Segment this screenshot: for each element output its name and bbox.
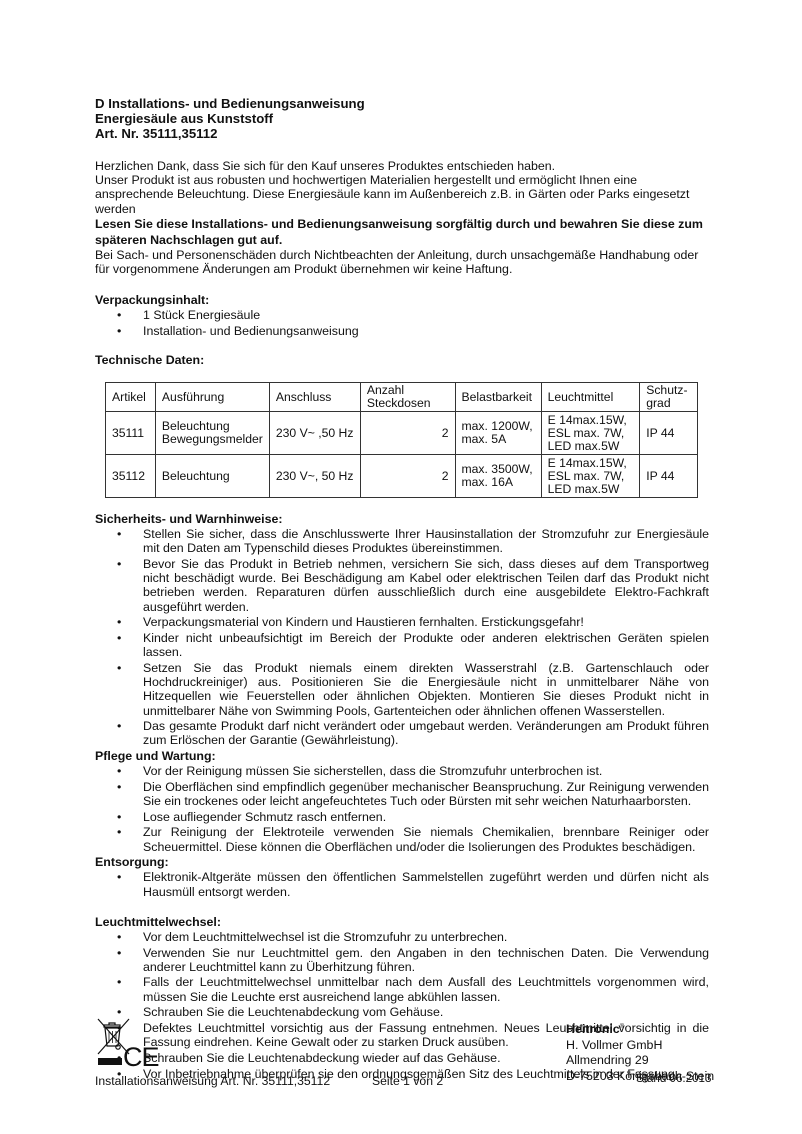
company-name: H. Vollmer GmbH	[566, 1038, 714, 1054]
safety-item: •Setzen Sie das Produkt niemals einem di…	[95, 661, 709, 718]
tech-heading: Technische Daten:	[95, 353, 709, 368]
document-page: D Installations- und Bedienungsanweisung…	[95, 96, 709, 1082]
tech-cell: 230 V~ ,50 Hz	[269, 412, 360, 455]
tech-cell: 230 V~, 50 Hz	[269, 455, 360, 498]
lamp-item: •Verwenden Sie nur Leuchtmittel gem. den…	[95, 946, 709, 974]
bullet-icon: •	[117, 324, 121, 338]
tech-cell: 35112	[106, 455, 156, 498]
tech-cell: Beleuchtung	[155, 455, 269, 498]
bullet-icon: •	[117, 661, 121, 675]
lamp-item: •Schrauben Sie die Leuchtenabdeckung vom…	[95, 1005, 709, 1019]
bullet-icon: •	[117, 764, 121, 778]
safety-list: •Stellen Sie sicher, dass die Anschlussw…	[95, 527, 709, 748]
bullet-icon: •	[117, 719, 121, 733]
care-item: •Lose aufliegender Schmutz rasch entfern…	[95, 810, 709, 824]
lamp-item: •Vor dem Leuchtmittelwechsel ist die Str…	[95, 930, 709, 944]
tech-cell: 2	[360, 412, 455, 455]
care-item: •Vor der Reinigung müssen Sie sicherstel…	[95, 764, 709, 778]
intro-thanks: Herzlichen Dank, dass Sie sich für den K…	[95, 159, 709, 173]
tech-table: ArtikelAusführungAnschlussAnzahl Steckdo…	[105, 382, 698, 498]
care-section: Pflege und Wartung: •Vor der Reinigung m…	[95, 749, 709, 854]
disposal-section: Entsorgung: •Elektronik-Altgeräte müssen…	[95, 855, 709, 898]
intro-read-note: Lesen Sie diese Installations- und Bedie…	[95, 216, 709, 248]
disposal-heading: Entsorgung:	[95, 855, 709, 870]
bullet-icon: •	[117, 615, 121, 629]
tech-cell: E 14max.15W, ESL max. 7W, LED max.5W	[541, 412, 640, 455]
title-line-3: Art. Nr. 35111,35112	[95, 126, 709, 141]
tech-cell: 2	[360, 455, 455, 498]
tech-cell: max. 1200W, max. 5A	[455, 412, 541, 455]
bullet-icon: •	[117, 557, 121, 571]
bullet-icon: •	[117, 975, 121, 989]
tech-section: Technische Daten: ArtikelAusführungAnsch…	[95, 353, 709, 498]
care-item: •Die Oberflächen sind empfindlich gegenü…	[95, 780, 709, 808]
tech-column-header: Artikel	[106, 383, 156, 412]
disposal-list: •Elektronik-Altgeräte müssen den öffentl…	[95, 870, 709, 898]
company-brand: Heitronic®	[566, 1020, 714, 1038]
bullet-icon: •	[117, 946, 121, 960]
tech-column-header: Belastbarkeit	[455, 383, 541, 412]
tech-cell: IP 44	[640, 455, 698, 498]
packaging-item: •1 Stück Energiesäule	[95, 308, 709, 322]
safety-item: •Bevor Sie das Produkt in Betrieb nehmen…	[95, 557, 709, 614]
packaging-section: Verpackungsinhalt: •1 Stück Energiesäule…	[95, 293, 709, 338]
disposal-item: •Elektronik-Altgeräte müssen den öffentl…	[95, 870, 709, 898]
care-item: •Zur Reinigung der Elektroteile verwende…	[95, 825, 709, 853]
table-row: 35111Beleuchtung Bewegungsmelder230 V~ ,…	[106, 412, 698, 455]
tech-column-header: Leuchtmittel	[541, 383, 640, 412]
lamp-item: •Falls der Leuchtmittelwechsel unmittelb…	[95, 975, 709, 1003]
intro-product: Unser Produkt ist aus robusten und hochw…	[95, 173, 709, 216]
lamp-heading: Leuchtmittelwechsel:	[95, 915, 709, 930]
tech-column-header: Anschluss	[269, 383, 360, 412]
tech-column-header: Schutz-grad	[640, 383, 698, 412]
weee-ce-marks: CE	[96, 1018, 168, 1072]
bullet-icon: •	[117, 825, 121, 839]
safety-item: •Kinder nicht unbeaufsichtigt im Bereich…	[95, 631, 709, 659]
tech-column-header: Ausführung	[155, 383, 269, 412]
ce-mark-icon: CE	[123, 1042, 159, 1073]
bullet-icon: •	[117, 810, 121, 824]
bullet-icon: •	[117, 930, 121, 944]
tech-cell: max. 3500W, max. 16A	[455, 455, 541, 498]
intro: Herzlichen Dank, dass Sie sich für den K…	[95, 159, 709, 276]
bullet-icon: •	[117, 780, 121, 794]
tech-column-header: Anzahl Steckdosen	[360, 383, 455, 412]
tech-cell: E 14max.15W, ESL max. 7W, LED max.5W	[541, 455, 640, 498]
intro-liability: Bei Sach- und Personenschäden durch Nich…	[95, 248, 709, 276]
safety-section: Sicherheits- und Warnhinweise: •Stellen …	[95, 512, 709, 748]
packaging-heading: Verpackungsinhalt:	[95, 293, 709, 308]
care-list: •Vor der Reinigung müssen Sie sicherstel…	[95, 764, 709, 854]
safety-item: •Verpackungsmaterial von Kindern und Hau…	[95, 615, 709, 629]
table-row: 35112Beleuchtung230 V~, 50 Hz2max. 3500W…	[106, 455, 698, 498]
tech-cell: Beleuchtung Bewegungsmelder	[155, 412, 269, 455]
tech-header-row: ArtikelAusführungAnschlussAnzahl Steckdo…	[106, 383, 698, 412]
footer-page-number: Seite 1 von 2	[372, 1074, 443, 1088]
tech-cell: 35111	[106, 412, 156, 455]
bullet-icon: •	[117, 527, 121, 541]
safety-item: •Das gesamte Produkt darf nicht veränder…	[95, 719, 709, 747]
title-line-2: Energiesäule aus Kunststoff	[95, 111, 709, 126]
tech-cell: IP 44	[640, 412, 698, 455]
footer-revision: Stand 06.2013	[636, 1072, 711, 1085]
safety-item: •Stellen Sie sicher, dass die Anschlussw…	[95, 527, 709, 555]
safety-heading: Sicherheits- und Warnhinweise:	[95, 512, 709, 527]
footer-doc-ref: Installationsanweisung Art. Nr. 35111,35…	[95, 1074, 330, 1088]
company-street: Allmendring 29	[566, 1053, 714, 1069]
title-line-1: D Installations- und Bedienungsanweisung	[95, 96, 709, 111]
care-heading: Pflege und Wartung:	[95, 749, 709, 764]
packaging-list: •1 Stück Energiesäule•Installation- und …	[95, 308, 709, 338]
bullet-icon: •	[117, 308, 121, 322]
packaging-item: •Installation- und Bedienungsanweisung	[95, 324, 709, 338]
bullet-icon: •	[117, 870, 121, 884]
bullet-icon: •	[117, 631, 121, 645]
